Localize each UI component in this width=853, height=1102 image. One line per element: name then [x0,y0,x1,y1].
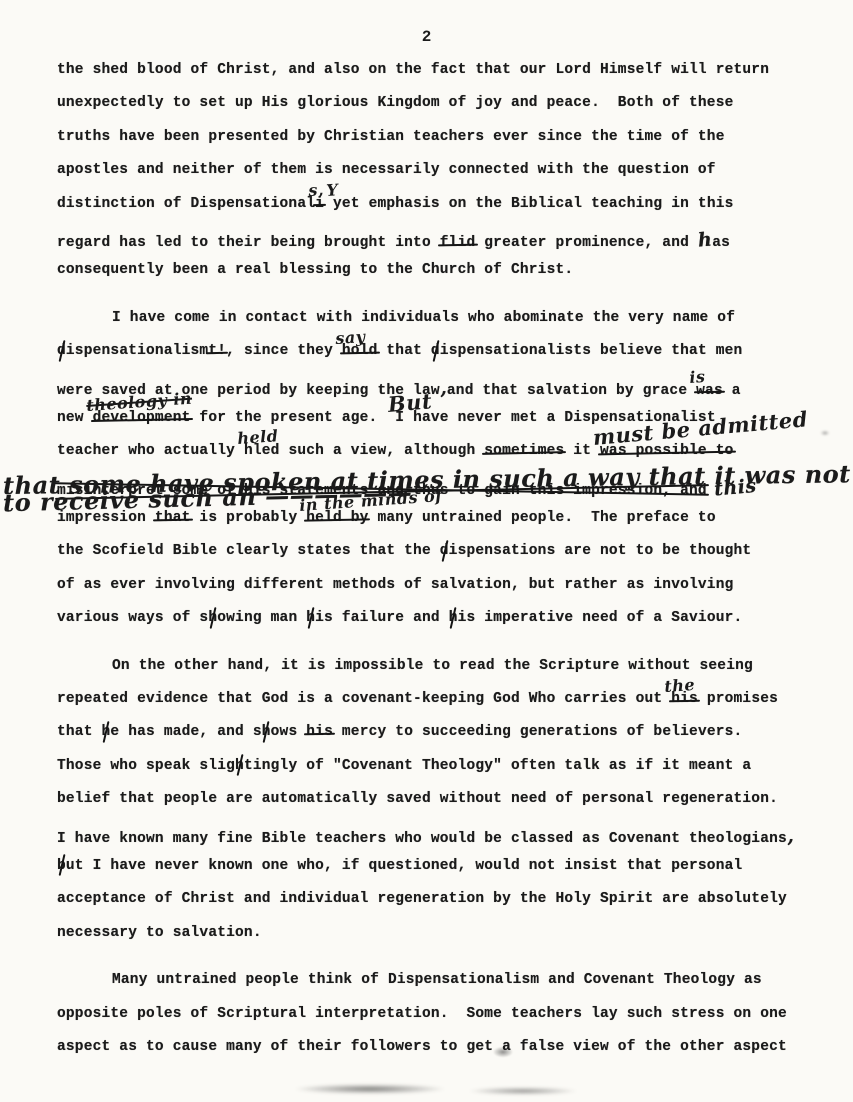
handwritten-annotation: the [664,675,696,696]
text-line: Many untrained people think of Dispensat… [57,972,807,1005]
handwritten-annotation: Y [326,181,339,201]
typed-text: necessary to salvation. [57,925,262,941]
typed-text: Many untrained people think of Dispensat… [112,972,762,988]
typed-text: is probably [191,510,307,526]
text-line: distinction of Dispensationalis, yYet em… [57,196,807,229]
text-line: apostles and neither of them is necessar… [57,162,807,195]
struck-text: wasis [696,383,723,399]
document-body: the shed blood of Christ, and also on th… [57,62,807,1072]
typed-text: the Scofield Bible clearly states that t… [57,543,440,559]
text-line: various ways of showing man his failure … [57,610,807,643]
text-line: regard has led to their being brought in… [57,229,807,262]
pen-marked-letter: h [262,724,271,740]
struck-text: is, [315,196,324,212]
struck-text: his [306,724,333,740]
typed-text: regard has led to their being brought in… [57,235,440,251]
handwritten-text: h [697,228,713,251]
typed-text: opposite poles of Scriptural interpretat… [57,1006,787,1022]
typed-text: is failure and [315,610,449,626]
typed-text: , since they [226,343,342,359]
text-line: the Scofield Bible clearly states that t… [57,543,807,576]
pen-marked-letter: d [431,343,440,359]
text-line: opposite poles of Scriptural interpretat… [57,1006,807,1039]
typed-text: aspect as to cause many of their followe… [57,1039,787,1055]
typed-text: hledheld [244,443,280,459]
scan-smudge [295,1084,445,1094]
text-line: necessary to salvation. [57,925,807,958]
typed-text: the shed blood of Christ, and also on th… [57,62,769,78]
handwritten-text: , [786,824,795,847]
typed-text: mercy to succeeding generations of belie… [333,724,742,740]
typed-text: as [712,235,730,251]
typed-text: On the other hand, it is impossible to r… [112,658,753,674]
text-line: consequently been a real blessing to the… [57,262,807,295]
struck-text: holdsay [342,343,378,359]
struck-text: histhe [671,691,698,707]
typed-text: many untrained people. The preface to [369,510,716,526]
typed-text: a [723,383,741,399]
typed-text: that [377,343,430,359]
pen-marked-letter: b [57,858,66,874]
struck-text: flid [440,235,476,251]
text-line: the shed blood of Christ, and also on th… [57,62,807,95]
typed-text: of as ever involving different methods o… [57,577,734,593]
typed-text: ut I have never known one who, if questi… [66,858,743,874]
pen-marked-letter: h [449,610,458,626]
typed-text: tingly of "Covenant Theology" often talk… [244,758,751,774]
typed-text: I have come in contact with individuals … [112,310,735,326]
typed-text: ispensationalism [66,343,208,359]
text-line: impression that is probably held byin th… [57,510,807,543]
text-line: I have come in contact with individuals … [57,310,807,343]
handwritten-annotation: held [237,426,279,448]
text-line: acceptance of Christ and individual rege… [57,891,807,924]
typed-text: and that salvation by grace [447,383,696,399]
typed-text: ispensationalists believe that men [440,343,743,359]
struck-text: t! [208,343,226,359]
pen-marked-letter: d [440,543,449,559]
scanned-page: 2 the shed blood of Christ, and also on … [0,0,853,1102]
typed-text: e has made, and s [110,724,261,740]
pen-marked-letter: h [306,610,315,626]
typed-text: greater prominence, and [475,235,698,251]
typed-text: I have known many fine Bible teachers wh… [57,831,787,847]
typed-text: yY [333,196,342,212]
text-line: of as ever involving different methods o… [57,577,807,610]
typed-text: promises [698,691,778,707]
text-line: that he has made, and shows his mercy to… [57,724,807,757]
scan-smudge [468,1087,578,1095]
pen-marked-letter: h [235,758,244,774]
page-number: 2 [0,28,853,46]
typed-text: owing man [217,610,306,626]
scan-smudge [820,430,830,436]
handwritten-annotation: say [335,327,366,348]
typed-text: Those who speak slig [57,758,235,774]
text-line: repeated evidence that God is a covenant… [57,691,807,724]
typed-text: repeated evidence that God is a covenant… [57,691,671,707]
typed-text: acceptance of Christ and individual rege… [57,891,787,907]
text-line: truths have been presented by Christian … [57,129,807,162]
handwritten-annotation: is [689,367,706,387]
typed-text: truths have been presented by Christian … [57,129,725,145]
text-line: I have known many fine Bible teachers wh… [57,825,807,858]
text-line: Those who speak slightingly of "Covenant… [57,758,807,791]
text-line: aspect as to cause many of their followe… [57,1039,807,1072]
struck-text: developmenttheology in [93,410,191,426]
text-line: belief that people are automatically sav… [57,791,807,824]
typed-text: is imperative need of a Saviour. [458,610,743,626]
pen-marked-letter: d [57,343,66,359]
struck-text: sometimes [484,443,564,459]
typed-text: consequently been a real blessing to the… [57,262,573,278]
typed-text: apostles and neither of them is necessar… [57,162,716,178]
typed-text: such a view, although [280,443,485,459]
typed-text: unexpectedly to set up His glorious King… [57,95,734,111]
text-line: unexpectedly to set up His glorious King… [57,95,807,128]
typed-text: for the present age. [191,410,396,426]
typed-text: distinction of Dispensational [57,196,315,212]
pen-marked-letter: h [208,610,217,626]
typed-text: et emphasis on the Biblical teaching in … [342,196,734,212]
struck-text: held byin the minds of [306,510,368,526]
typed-text: IBut [395,410,404,426]
typed-text: ows [271,724,307,740]
typed-text: various ways of s [57,610,208,626]
text-line: but I have never known one who, if quest… [57,858,807,891]
typed-text: that [57,724,102,740]
typed-text: ispensations are not to be thought [449,543,752,559]
struck-text: was possible tomust be admitted [600,443,734,459]
handwritten-annotation: s, [308,180,325,200]
typed-text: belief that people are automatically sav… [57,791,778,807]
typed-text: teacher who actually [57,443,244,459]
